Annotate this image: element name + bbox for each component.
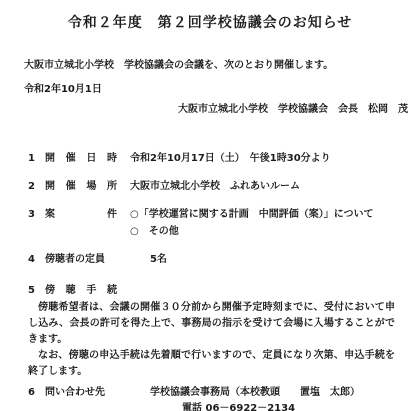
item-value: 学校協議会事務局（本校教頭 置塩 太郎） (150, 386, 408, 400)
item-label: 傍聴手続 (45, 284, 117, 298)
item-number: 1 (28, 152, 45, 166)
agenda-bullet: ○「学校運営に関する計画 中間評価（案）」について (130, 208, 408, 222)
item-value: 令和2年10月17日（土） 午後1時30分より (130, 152, 408, 166)
signature-line: 大阪市立城北小学校 学校協議会 会長 松岡 茂 (0, 103, 408, 117)
item-number: 2 (28, 180, 45, 194)
intro-text: 大阪市立城北小学校 学校協議会の会議を、次のとおり開催します。 (24, 59, 408, 73)
contact-phone: 電話 06－6922－2134 (182, 402, 420, 411)
item-venue: 2 開催場所 大阪市立城北小学校 ふれあいルーム (28, 180, 408, 194)
announcement-document: 令和２年度 第２回学校協議会のお知らせ 大阪市立城北小学校 学校協議会の会議を、… (0, 0, 420, 411)
item-label: 傍聴者の定員 (45, 253, 117, 267)
item-number: 6 (28, 386, 45, 400)
document-title: 令和２年度 第２回学校協議会のお知らせ (0, 0, 420, 32)
item-value: 大阪市立城北小学校 ふれあいルーム (130, 180, 408, 194)
item-number: 4 (28, 253, 45, 267)
item-procedure: 5 傍聴手続 (28, 284, 408, 298)
item-agenda: 3 案件 ○「学校運営に関する計画 中間評価（案）」について ○ その他 (28, 208, 408, 239)
agenda-bullets: ○「学校運営に関する計画 中間評価（案）」について ○ その他 (130, 208, 408, 239)
item-label: 開催日時 (45, 152, 117, 166)
procedure-paragraph: なお、傍聴の申込手続は先着順で行いますので、定員になり次第、申込手続を終了します… (28, 348, 395, 380)
item-label: 開催場所 (45, 180, 117, 194)
issue-date: 令和2年10月1日 (24, 83, 408, 97)
procedure-paragraph: 傍聴希望者は、会議の開催３０分前から開催予定時刻までに、受付において申し込み、会… (28, 300, 395, 348)
item-label: 問い合わせ先 (45, 386, 117, 400)
item-number: 3 (28, 208, 45, 222)
item-value: 5名 (150, 253, 408, 267)
item-capacity: 4 傍聴者の定員 5名 (28, 253, 408, 267)
item-datetime: 1 開催日時 令和2年10月17日（土） 午後1時30分より (28, 152, 408, 166)
agenda-bullet: ○ その他 (130, 225, 408, 239)
item-label: 案件 (45, 208, 117, 222)
item-contact: 6 問い合わせ先 学校協議会事務局（本校教頭 置塩 太郎） (28, 386, 408, 400)
item-number: 5 (28, 284, 45, 298)
procedure-body: 傍聴希望者は、会議の開催３０分前から開催予定時刻までに、受付において申し込み、会… (28, 300, 395, 380)
